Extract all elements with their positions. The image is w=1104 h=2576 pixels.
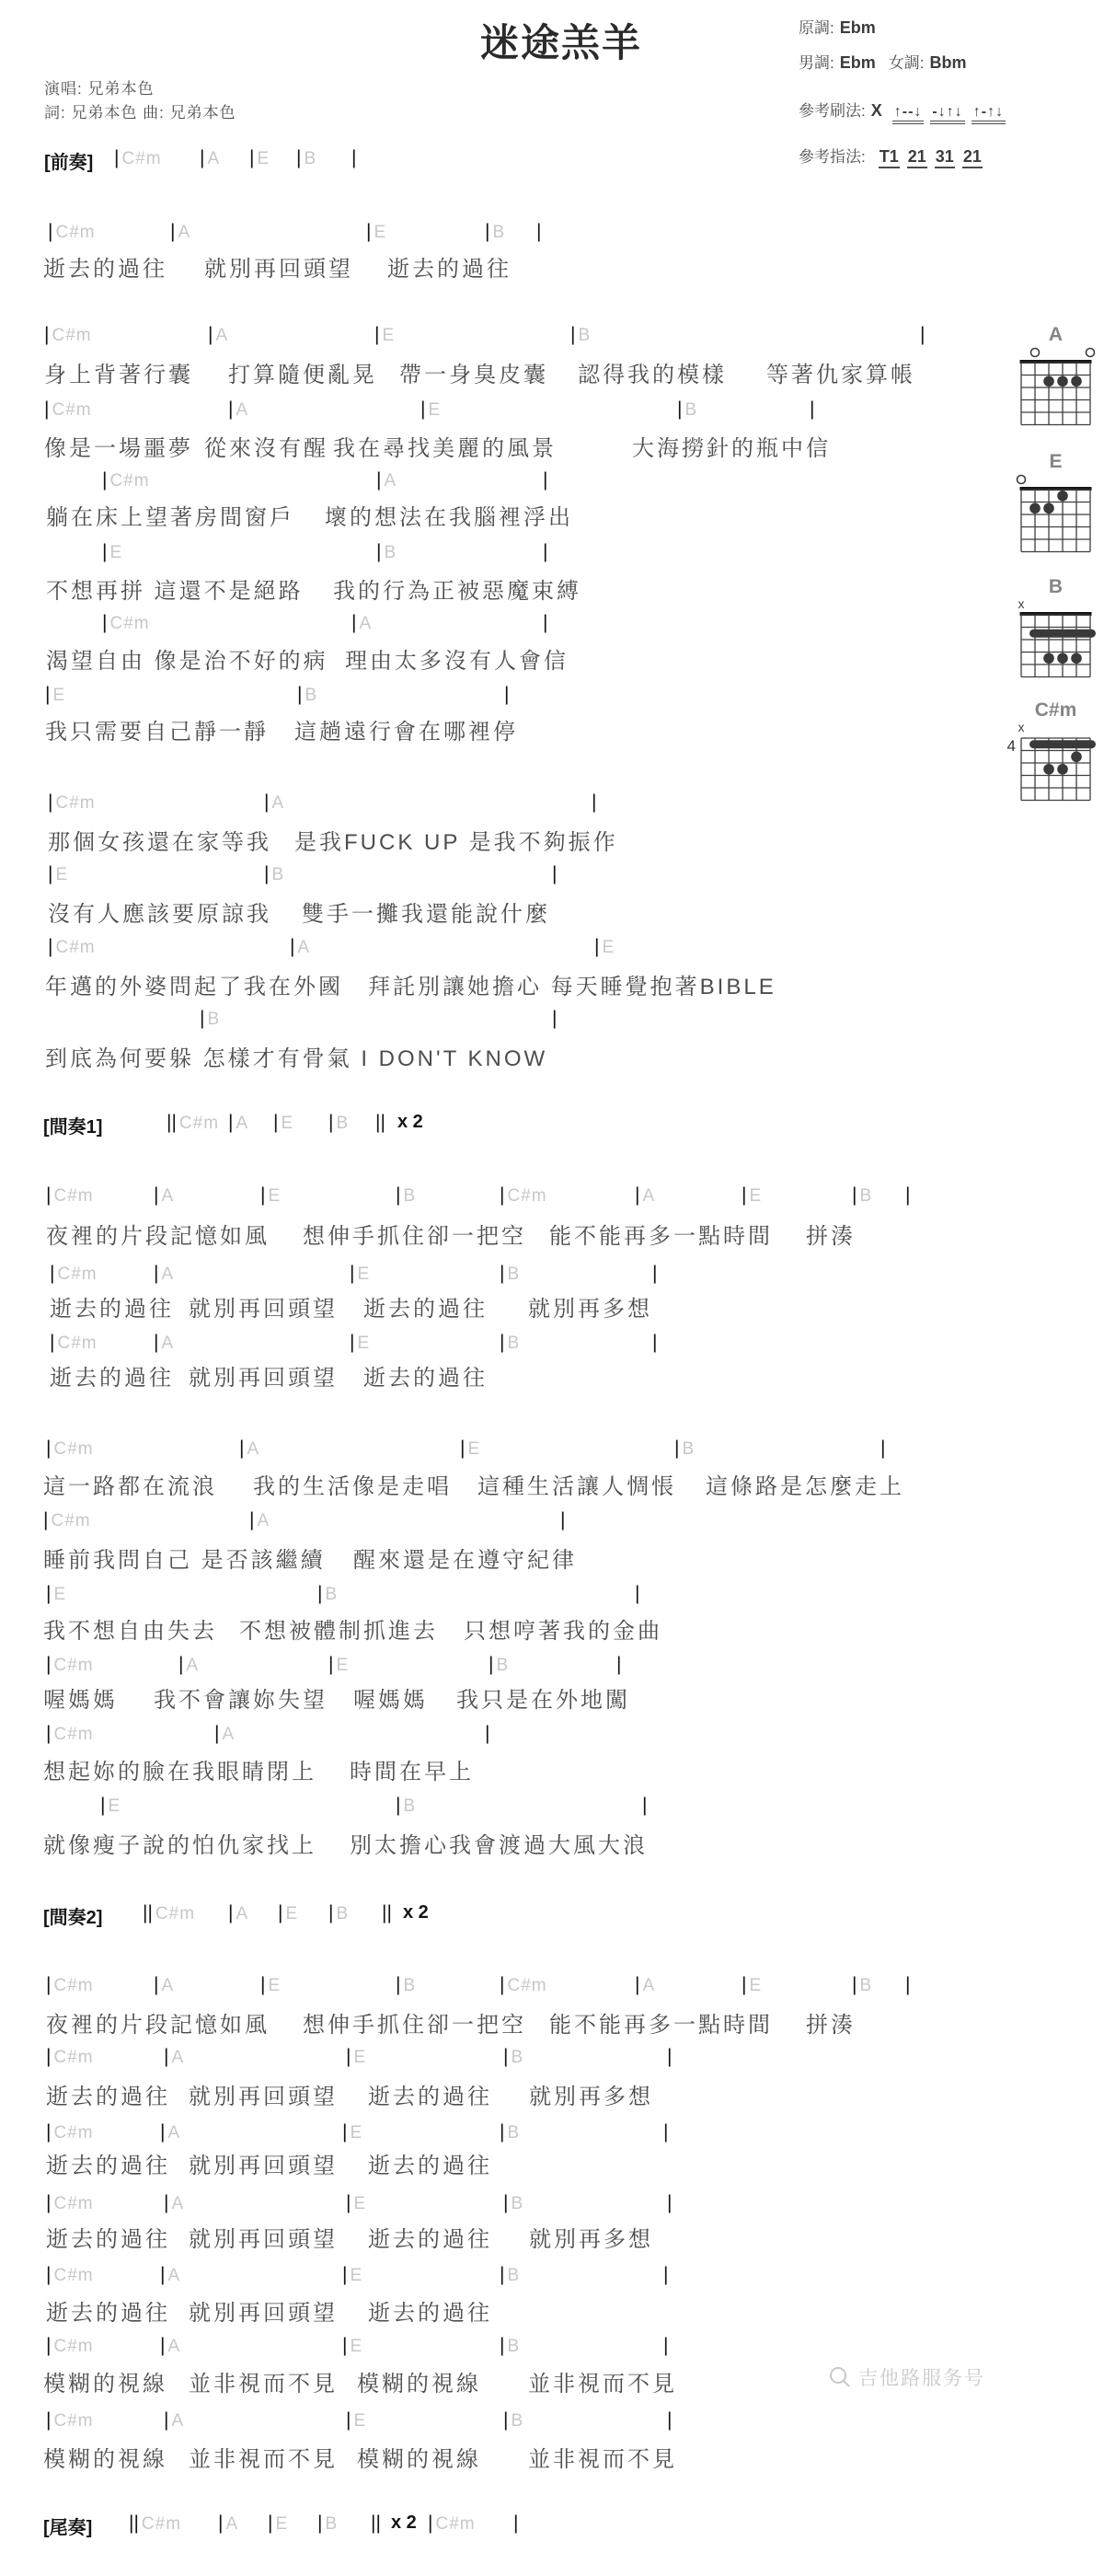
bar-chord-token: |A (178, 1654, 199, 1676)
bar-chord-token: |A (635, 1184, 655, 1207)
bar-chord-token: |B (489, 1654, 509, 1676)
svg-text:E: E (1049, 451, 1062, 472)
chord-name: A (171, 2048, 184, 2067)
chord-name: A (257, 1511, 270, 1531)
lyric-row: 夜裡的片段記憶如風想伸手抓住卻一把空能不能再多一點時間拼湊 (0, 2006, 1104, 2034)
bar-chord-token: |E (48, 863, 68, 885)
bar-chord-token: |C#m (46, 2264, 94, 2286)
chord-row: |C#m|A|E|B| (0, 1438, 1104, 1465)
lyric-row: 逝去的過往就別再回頭望逝去的過往就別再多想 (0, 1290, 1104, 1318)
chord-name: C#m (155, 1904, 195, 1923)
lyric-segment: 就別再回頭望 (189, 2147, 338, 2179)
chord-row: |C#m|A|E|B| (0, 324, 1104, 352)
bar-chord-token: |E (346, 2409, 366, 2432)
lyric-segment: 只想哼著我的金曲 (464, 1612, 662, 1645)
bar-chord-token: |E (374, 324, 395, 346)
barline: | (100, 1795, 105, 1816)
chord-name: A (297, 938, 310, 957)
lyric-segment: 夜裡的片段記憶如風 (46, 2006, 270, 2039)
barline: | (852, 1974, 857, 1995)
chord-name: A (225, 2514, 238, 2534)
chord-name: B (403, 1976, 416, 1995)
lyric-row: 躺在床上望著房間窗戶壞的想法在我腦裡浮出 (0, 499, 1104, 526)
bar-chord-token: | (635, 1583, 639, 1605)
barline: | (164, 2192, 168, 2213)
repeat-count: x 2 (403, 1902, 429, 1923)
lyric-segment: 我不想自由失去 (43, 1612, 217, 1645)
chord-name: C#m (51, 1511, 90, 1531)
chord-name: E (353, 2411, 366, 2431)
barline: | (48, 791, 52, 813)
barline: | (170, 221, 175, 242)
bar-chord-token: |B (297, 684, 317, 706)
bar-chord-token: |E (268, 2512, 288, 2535)
chord-row: |C#m|A|E|B| (0, 2121, 1104, 2149)
barline: | (570, 324, 575, 345)
bar-chord-token: | (616, 1654, 621, 1676)
bar-chord-token: |C#m (48, 936, 96, 958)
bar-chord-token: |E (249, 147, 270, 169)
bar-chord-token: |B (500, 2335, 520, 2357)
chord-row: |C#m|A| (0, 1509, 1104, 1537)
barline: | (513, 2512, 518, 2534)
lyric-segment: 喔媽媽 (353, 1681, 428, 1714)
lyric-segment: 理由太多沒有人會信 (345, 642, 569, 675)
bar-chord-token: |E (278, 1902, 298, 1924)
chord-name: E (281, 1114, 293, 1133)
bar-chord-token: |E (742, 1974, 762, 1996)
lyric-row: 沒有人應該要原諒我雙手一攤我還能說什麼 (0, 895, 1104, 923)
chord-name: E (268, 1186, 281, 1206)
repeat-mark: x 2 (403, 1902, 429, 1923)
lyric-segment: 就像瘦子說的怕仇家找上 (43, 1827, 316, 1859)
chord-row: |C#m|A| (0, 612, 1104, 640)
bar-chord-token: |C#m (46, 2192, 94, 2214)
lyric-segment: 想起妳的臉在我眼睛閉上 (43, 1753, 316, 1785)
barline: | (485, 221, 489, 242)
bar-chord-token: |E (346, 2192, 366, 2214)
barline: | (346, 2409, 351, 2431)
barline: | (500, 2121, 504, 2143)
lyric-row: 年邁的外婆問起了我在外國拜託別讓她擔心 每天睡覺抱著BIBLE (0, 968, 1104, 996)
bar-chord-token: | (543, 612, 547, 634)
search-icon (828, 2365, 852, 2389)
bar-chord-token: |B (396, 1974, 416, 1996)
chord-row: |E|B| (0, 1795, 1104, 1822)
bar-chord-token: |A (160, 2264, 180, 2286)
chord-name: B (511, 2411, 523, 2431)
chord-name: A (215, 326, 228, 345)
lyric-segment: 不想再拼 這還不是絕路 (46, 572, 304, 605)
chord-row: |E|B| (0, 863, 1104, 891)
barline: | (260, 1184, 265, 1206)
lyric-segment: 這條路是怎麼走上 (706, 1468, 904, 1500)
barline: || (167, 1112, 177, 1133)
barline: | (342, 2121, 347, 2143)
key-label: 男調: (799, 54, 834, 72)
lyric-row: 模糊的視線並非視而不見模糊的視線並非視而不見 (0, 2441, 1104, 2468)
lyric-segment: 壞的想法在我腦裡浮出 (325, 499, 573, 531)
lyric-segment: 模糊的視線 (43, 2365, 167, 2397)
barline: | (346, 2046, 351, 2067)
bar-chord-token: |A (160, 2335, 180, 2357)
barline: | (297, 684, 302, 705)
bar-chord-token: |C#m (46, 2121, 94, 2143)
bar-chord-token: |C#m (43, 1509, 91, 1531)
bar-chord-token: || (382, 1902, 392, 1924)
barline: | (536, 221, 541, 242)
chord-name: C#m (507, 1976, 546, 1995)
barline: | (102, 541, 107, 562)
chord-name: C#m (53, 2411, 93, 2431)
lyric-segment: 時間在早上 (350, 1753, 474, 1785)
barline: | (160, 2121, 165, 2143)
barline: | (635, 1583, 639, 1604)
barline: | (500, 1184, 504, 1206)
bar-chord-token: | (351, 147, 356, 169)
bar-chord-token: | (663, 2264, 668, 2286)
chord-name: E (350, 2266, 362, 2285)
bar-chord-token: | (905, 1184, 910, 1207)
chord-name: A (161, 1186, 174, 1206)
bar-chord-token: |C#m (44, 399, 92, 421)
bar-chord-token: |C#m (48, 791, 96, 814)
barline: | (164, 2046, 168, 2067)
lyric-segment: 就別再回頭望 (189, 2294, 338, 2327)
bar-chord-token: |E (273, 1112, 293, 1134)
bar-chord-token: |E (366, 221, 386, 243)
chord-name: E (108, 1796, 121, 1816)
barline: | (46, 2409, 51, 2431)
barline: | (543, 469, 547, 491)
lyric-segment: 並非視而不見 (189, 2441, 338, 2473)
lyric-segment: 雙手一攤我還能說什麼 (302, 895, 550, 928)
bar-chord-token: |B (570, 324, 591, 346)
section-label: [間奏2] (43, 1902, 102, 1929)
chord-name: C#m (109, 471, 149, 491)
lyric-segment: 我在尋找美麗的風景 (333, 430, 557, 462)
chord-name: B (305, 686, 317, 705)
barline: | (43, 1509, 48, 1531)
chord-row: |E|B| (0, 541, 1104, 569)
bar-chord-token: | (504, 684, 509, 706)
bar-chord-token: | (652, 1332, 657, 1354)
bar-chord-token: |C#m (102, 469, 150, 491)
barline: | (396, 1974, 400, 1995)
chord-name: B (511, 2194, 523, 2213)
chord-name: B (336, 1114, 349, 1133)
chord-row: |C#m|A|E|B| (0, 2335, 1104, 2362)
barline: | (260, 1974, 265, 1995)
barline: | (249, 147, 254, 168)
section-row: [前奏]|C#m|A|E|B| (0, 147, 1104, 175)
chord-row: |C#m|A|E (0, 936, 1104, 964)
lyric-segment: 到底為何要躲 怎樣才有骨氣 I DON'T KNOW (45, 1040, 547, 1072)
chord-row: |C#m|A|E|B| (0, 2046, 1104, 2074)
barline: | (44, 399, 49, 420)
barline: | (50, 1332, 54, 1353)
barline: | (46, 1438, 51, 1459)
chord-name: A (642, 1186, 655, 1206)
lyric-segment: 喔媽媽 (43, 1681, 118, 1714)
svg-text:C#m: C#m (1035, 699, 1077, 721)
chord-name: E (285, 1904, 298, 1923)
lyric-segment: 從來沒有醒 (204, 430, 328, 462)
bar-chord-token: |B (674, 1438, 695, 1460)
strum-label: 參考刷法: (799, 102, 866, 120)
chord-row: |C#m|A|E|B| (0, 2192, 1104, 2220)
lyric-segment: 能不能再多一點時間 (549, 2006, 773, 2039)
barline: | (543, 612, 547, 633)
lyric-segment: 並非視而不見 (189, 2365, 338, 2397)
lyric-row: 夜裡的片段記憶如風想伸手抓住卻一把空能不能再多一點時間拼湊 (0, 1218, 1104, 1245)
barline: | (635, 1974, 639, 1995)
bar-chord-token: |A (228, 399, 248, 421)
lyric-row: 逝去的過往就別再回頭望逝去的過往就別再多想 (0, 2221, 1104, 2248)
barline: | (663, 2335, 668, 2356)
strum-pattern-row: 參考刷法:X↑--↓-↓↑↓↑-↑↓ (799, 98, 1006, 121)
watermark-text: 吉他路服务号 (858, 2363, 985, 2391)
bar-chord-token: |A (249, 1509, 270, 1531)
barline: | (154, 1263, 158, 1284)
chord-name: E (357, 1334, 370, 1353)
barline: | (278, 1902, 282, 1923)
bar-chord-token: |A (164, 2046, 184, 2068)
lyric-segment: 逝去的過往 (46, 2078, 170, 2110)
barline: | (616, 1654, 621, 1675)
bar-chord-token: | (536, 221, 541, 243)
lyric-row: 逝去的過往就別再回頭望逝去的過往 (0, 1359, 1104, 1387)
chord-row: |C#m|A|E|B| (0, 1263, 1104, 1290)
bar-chord-token: |A (208, 324, 228, 346)
barline: | (154, 1184, 158, 1206)
lyric-segment: 就別再多想 (528, 1290, 652, 1323)
barline: | (663, 2121, 668, 2143)
barline: | (489, 1654, 493, 1675)
chord-name: B (578, 326, 591, 345)
barline: | (350, 1332, 354, 1353)
lyric-segment: 拜託別讓她擔心 每天睡覺抱著BIBLE (368, 968, 776, 1000)
lyric-segment: 就別再多想 (529, 2078, 653, 2110)
bar-chord-token: |B (317, 2512, 338, 2535)
lyric-segment: 年邁的外婆問起了我在外國 (45, 968, 343, 1000)
bar-chord-token: | (485, 1723, 489, 1745)
barline: | (290, 936, 294, 957)
barline: | (374, 324, 379, 345)
lyric-row: 逝去的過往就別再回頭望逝去的過往 (0, 2147, 1104, 2175)
lyric-segment: 能不能再多一點時間 (549, 1218, 773, 1250)
chord-name: A (247, 1439, 259, 1459)
chord-name: B (507, 2123, 520, 2143)
bar-chord-token: |B (500, 1263, 520, 1285)
chord-name: A (236, 1904, 248, 1923)
chord-name: B (859, 1186, 872, 1206)
lyric-segment: 逝去的過往 (368, 2294, 492, 2327)
lyric-row: 想起妳的臉在我眼睛閉上時間在早上 (0, 1753, 1104, 1781)
chord-name: A (161, 1334, 174, 1353)
barline: | (376, 541, 381, 562)
barline: | (328, 1902, 333, 1923)
bar-chord-token: |C#m (46, 1974, 94, 1996)
chord-name: E (53, 1585, 66, 1604)
bar-chord-token: |A (239, 1438, 259, 1460)
chord-row: |C#m|A|E|B| (0, 1654, 1104, 1681)
lyric-row: 就像瘦子說的怕仇家找上別太擔心我會渡過大風大浪 (0, 1827, 1104, 1854)
bar-chord-token: |A (218, 2512, 238, 2535)
chord-name: E (350, 2123, 362, 2143)
barline: | (48, 936, 52, 957)
chord-name: C#m (53, 1656, 93, 1675)
bar-chord-token: |B (264, 863, 284, 885)
bar-chord-token: |B (500, 1332, 520, 1354)
barline: | (560, 1509, 565, 1531)
lyric-segment: 模糊的視線 (43, 2441, 167, 2473)
chord-diagram-c-sharp-m: C#mx4 (1006, 698, 1104, 826)
bar-chord-token: |E (346, 2046, 366, 2068)
chord-row: |C#m|A|E|B| (0, 221, 1104, 248)
chord-name: B (336, 1904, 349, 1923)
bar-chord-token: |B (503, 2409, 523, 2432)
bar-chord-token: |A (290, 936, 310, 958)
chord-name: C#m (52, 400, 91, 420)
lyric-segment: 逝去的過往 (363, 1290, 488, 1323)
bar-chord-token: |E (100, 1795, 121, 1817)
lyric-segment: 想伸手抓住卻一把空 (303, 2006, 526, 2039)
lyric-segment: 就別再回頭望 (189, 1359, 338, 1392)
bar-chord-token: | (543, 541, 547, 563)
barline: | (164, 2409, 168, 2431)
lyric-segment: 別太擔心我會渡過大風大浪 (350, 1827, 648, 1859)
chord-name: B (496, 1656, 509, 1675)
lyric-segment: 逝去的過往 (46, 2147, 170, 2179)
bar-chord-token: |B (328, 1112, 349, 1134)
barline: | (852, 1184, 857, 1206)
chord-name: A (642, 1976, 655, 1995)
barline: | (920, 324, 925, 345)
barline: | (652, 1332, 657, 1353)
chord-name: E (52, 686, 65, 705)
lyric-row: 不想再拼 這還不是絕路我的行為正被惡魔束縛 (0, 572, 1104, 600)
barline: | (880, 1438, 885, 1459)
repeat-count: x 2 (391, 2512, 417, 2533)
bar-chord-token: |B (500, 2121, 520, 2143)
bar-chord-token: |B (396, 1184, 416, 1207)
chord-name: B (507, 2337, 520, 2356)
chord-row: |C#m|A| (0, 469, 1104, 497)
barline: | (594, 936, 599, 957)
barline: | (48, 863, 52, 884)
lyric-segment: 逝去的過往 (50, 1290, 174, 1323)
bar-chord-token: |B (328, 1902, 349, 1924)
key-value: Bbm (929, 53, 966, 72)
barline: || (371, 2512, 381, 2534)
bar-chord-token: |C#m (102, 612, 150, 634)
bar-chord-token: |A (160, 2121, 180, 2143)
barline: | (503, 2046, 508, 2067)
chord-name: A (236, 400, 248, 420)
repeat-count: x 2 (397, 1112, 423, 1132)
bar-chord-token: |A (228, 1112, 248, 1134)
barline: | (500, 2335, 504, 2356)
chord-name: A (167, 2266, 180, 2285)
bar-chord-token: | (667, 2409, 672, 2432)
lyric-segment: 那個女孩還在家等我 (48, 824, 271, 856)
bar-chord-token: |E (742, 1184, 762, 1207)
barline: | (228, 1902, 233, 1923)
chord-row: |B| (0, 1008, 1104, 1035)
chord-name: E (353, 2048, 366, 2067)
bar-chord-token: |A (351, 612, 372, 634)
barline: | (667, 2192, 672, 2213)
barline: | (396, 1795, 400, 1816)
bar-chord-token: | (552, 1008, 557, 1030)
song-title: 迷途羔羊 (423, 13, 699, 68)
chord-name: B (304, 149, 316, 168)
chord-name: C#m (52, 326, 91, 345)
bar-chord-token: |A (376, 469, 397, 491)
lyric-row: 身上背著行囊打算隨便亂晃帶一身臭皮囊認得我的模樣等著仇家算帳 (0, 356, 1104, 384)
chord-name: E (268, 1976, 281, 1995)
barline: | (810, 399, 814, 420)
chord-name: B (492, 223, 505, 242)
chord-name: B (325, 1585, 338, 1604)
chord-diagram-e: E (1006, 449, 1104, 578)
bar-chord-token: ||C#m (129, 2512, 181, 2535)
barline: | (160, 2264, 165, 2285)
barline: | (200, 1008, 204, 1029)
bar-chord-token: |B (200, 1008, 220, 1030)
barline: | (503, 2192, 508, 2213)
chord-name: C#m (53, 1439, 93, 1459)
chord-row: |C#m|A| (0, 1723, 1104, 1750)
lyric-segment: 想伸手抓住卻一把空 (303, 1218, 526, 1250)
barline: | (273, 1112, 278, 1133)
barline: || (375, 1112, 385, 1133)
barline: || (382, 1902, 392, 1923)
chord-name: C#m (55, 938, 95, 957)
lyric-segment: 就別再回頭望 (189, 2078, 338, 2110)
strum-group: ↑-↑↓ (972, 104, 1006, 124)
chord-row: |C#m|A|E|B| (0, 2264, 1104, 2292)
barline: | (154, 1974, 158, 1995)
chord-name: C#m (507, 1186, 546, 1206)
svg-text:4: 4 (1007, 737, 1016, 755)
barline: | (342, 2264, 347, 2285)
bar-chord-token: | (652, 1263, 657, 1285)
chord-name: E (749, 1186, 762, 1206)
bar-chord-token: || (371, 2512, 381, 2535)
chord-name: E (353, 2194, 366, 2213)
lyric-segment: 就別再回頭望 (204, 250, 353, 283)
chord-name: B (507, 1265, 520, 1284)
chord-name: A (167, 2123, 180, 2143)
barline: | (328, 1112, 333, 1133)
chord-name: C#m (53, 2194, 93, 2213)
barline: | (44, 324, 49, 345)
lyric-segment: 逝去的過往 (46, 2294, 170, 2327)
barline: | (350, 1263, 354, 1284)
barline: | (500, 1974, 504, 1995)
barline: | (500, 2264, 504, 2285)
song-sheet-page: 迷途羔羊 演唱: 兄弟本色 詞: 兄弟本色 曲: 兄弟本色 原調:Ebm男調:E… (0, 0, 1104, 2576)
barline: | (178, 1654, 183, 1675)
barline: | (46, 1974, 51, 1995)
chord-diagram-a: A (1006, 322, 1104, 451)
bar-chord-token: | (667, 2192, 672, 2214)
bar-chord-token: | (642, 1795, 647, 1817)
bar-chord-token: |A (164, 2192, 184, 2214)
chord-row: |E|B| (0, 684, 1104, 711)
